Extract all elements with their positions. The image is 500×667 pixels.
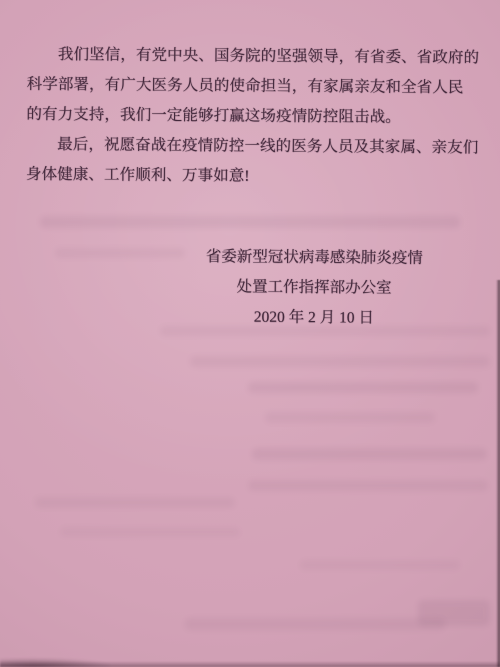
signature-org-line1: 省委新型冠状病毒感染肺炎疫情 <box>154 242 474 275</box>
body-line: 我们坚信，有党中央、国务院的坚强领导，有省委、省政府的 <box>27 40 483 74</box>
body-line: 最后，祝愿奋战在疫情防控一线的医务人员及其家属、亲友们 <box>26 130 482 164</box>
signature-org-line2: 处置工作指挥部办公室 <box>154 272 474 305</box>
body-line: 科学部署，有广大医务人员的使命担当，有家属亲友和全省人民 <box>27 70 483 104</box>
body-line: 的有力支持，我们一定能够打赢这场疫情防控阻击战。 <box>26 100 482 134</box>
document-photo: 我们坚信，有党中央、国务院的坚强领导，有省委、省政府的 科学部署，有广大医务人员… <box>0 0 500 667</box>
letter-body: 我们坚信，有党中央、国务院的坚强领导，有省委、省政府的 科学部署，有广大医务人员… <box>26 40 483 194</box>
body-line: 身体健康、工作顺利、万事如意! <box>26 160 482 194</box>
signature-block: 省委新型冠状病毒感染肺炎疫情 处置工作指挥部办公室 2020 年 2 月 10 … <box>154 242 475 335</box>
letter-content: 我们坚信，有党中央、国务院的坚强领导，有省委、省政府的 科学部署，有广大医务人员… <box>0 0 500 667</box>
signature-date: 2020 年 2 月 10 日 <box>154 302 474 335</box>
